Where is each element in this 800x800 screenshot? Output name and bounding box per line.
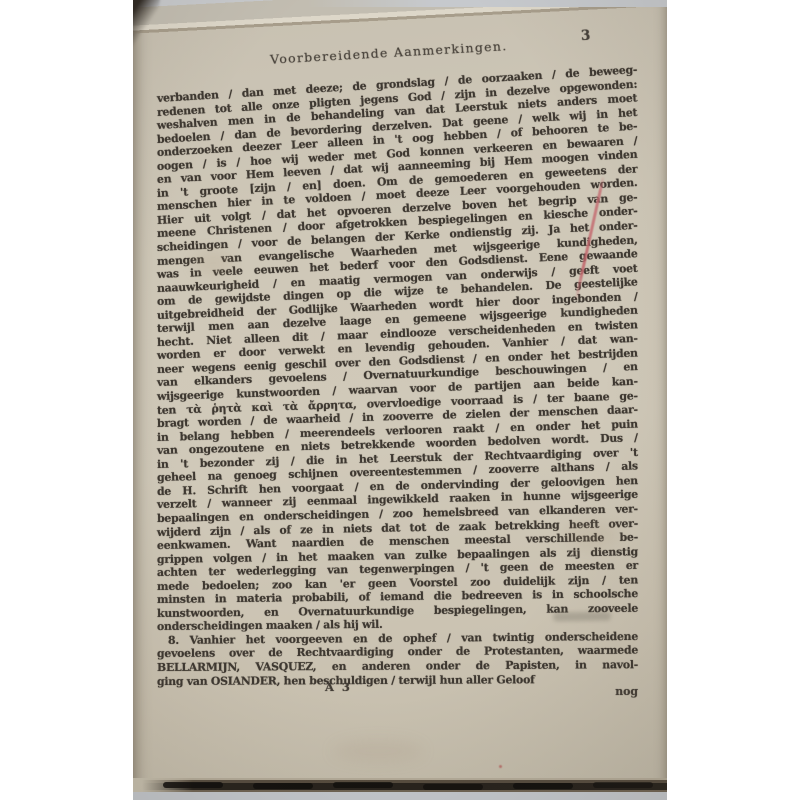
book-page-photo: Voorbereidende Aanmerkingen. 3 verbanden… <box>133 0 667 800</box>
ink-showthrough-smudge <box>553 611 611 621</box>
catchword: nog <box>615 685 638 698</box>
foxing-stain <box>193 250 233 276</box>
red-speck <box>499 765 502 768</box>
table-surface <box>133 792 667 800</box>
screenshot-canvas: Voorbereidende Aanmerkingen. 3 verbanden… <box>0 0 800 800</box>
foxing-stain <box>333 740 423 762</box>
page-number: 3 <box>581 28 591 44</box>
page-block-edge-dark-blobs <box>163 782 223 788</box>
running-header: Voorbereidende Aanmerkingen. <box>233 36 545 69</box>
gathering-signature: A 3 <box>325 680 352 694</box>
signature-row: A 3 nog <box>157 680 638 700</box>
body-text-block: verbanden / dan met deeze; de grondslag … <box>157 92 638 688</box>
foxing-stain <box>563 520 618 550</box>
background-surface-top <box>307 0 667 7</box>
text-line: BELLARMIJN, VASQUEZ, en anderen onder de… <box>157 658 638 674</box>
